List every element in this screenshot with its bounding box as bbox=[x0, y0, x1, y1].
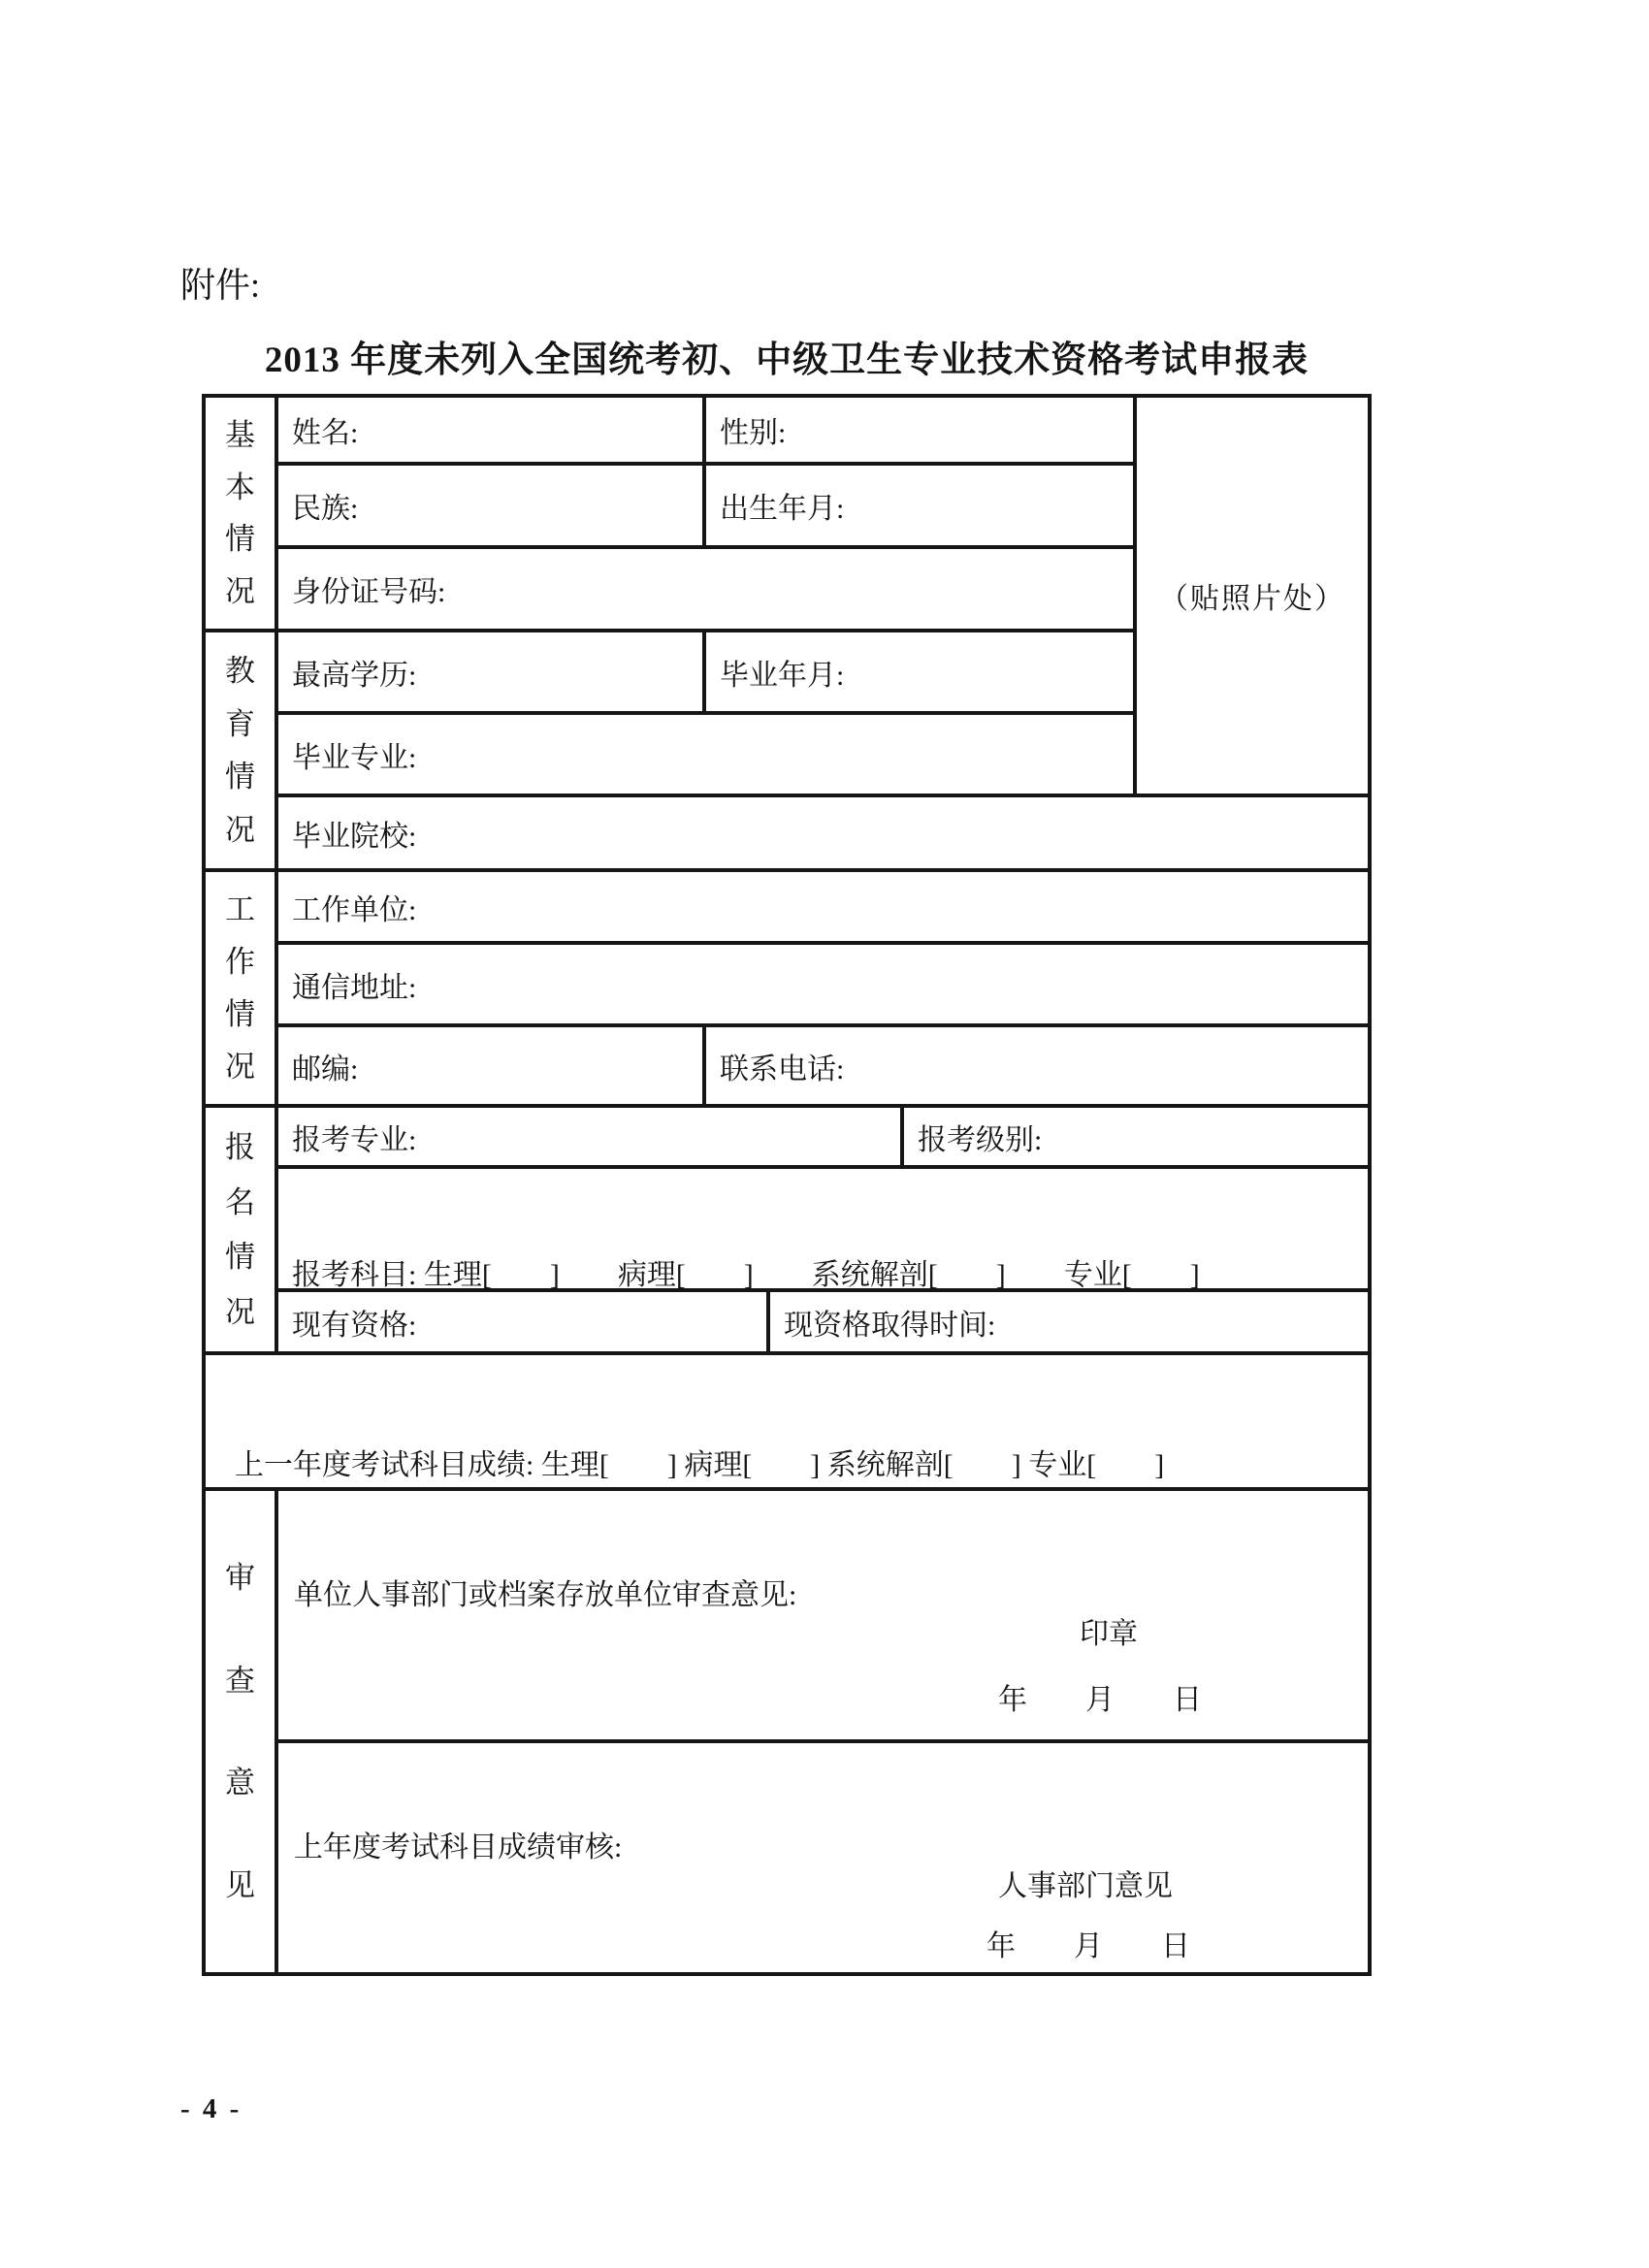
field-label-id-number: 身份证号码: bbox=[276, 547, 1135, 631]
section-header-char: 名 bbox=[225, 1187, 255, 1217]
section-header-basic-info: 基本情况 bbox=[204, 396, 276, 631]
score-review-cell: 上年度考试科目成绩审核: 人事部门意见 年 月 日 bbox=[276, 1741, 1370, 1974]
hr-opinion-label: 人事部门意见 bbox=[998, 1871, 1173, 1902]
section-header-char: 情 bbox=[225, 524, 255, 554]
photo-placeholder: （贴照片处） bbox=[1135, 396, 1370, 795]
section-header-char: 况 bbox=[225, 1297, 255, 1327]
form-title: 2013 年度未列入全国统考初、中级卫生专业技术资格考试申报表 bbox=[204, 330, 1370, 382]
field-label-highest-degree: 最高学历: bbox=[276, 631, 704, 713]
section-header-char: 查 bbox=[225, 1666, 255, 1696]
page-number: - 4 - bbox=[180, 2093, 242, 2125]
field-label-mailing-address: 通信地址: bbox=[276, 943, 1370, 1025]
field-label-employer: 工作单位: bbox=[276, 870, 1370, 943]
section-header-char: 情 bbox=[225, 761, 255, 792]
section-header-char: 况 bbox=[225, 576, 255, 606]
form-table: 基本情况 姓名: 性别: （贴照片处） 民族: 出生年月: 身份证号码: 教育情… bbox=[202, 394, 1372, 1976]
score-review-date-line: 年 月 日 bbox=[986, 1931, 1190, 1962]
field-label-phone: 联系电话: bbox=[704, 1025, 1370, 1106]
section-header-registration: 报名情况 bbox=[204, 1106, 276, 1353]
section-header-char: 况 bbox=[225, 815, 255, 845]
scanned-form-page: { "document": { "attachment_label": "附件:… bbox=[0, 0, 1649, 2268]
exam-subjects-line: 报考科目: 生理[ ] 病理[ ] 系统解剖[ ] 专业[ ] bbox=[292, 1260, 1368, 1290]
field-label-exam-level: 报考级别: bbox=[902, 1106, 1370, 1167]
section-header-char: 意 bbox=[225, 1767, 255, 1798]
section-header-char: 作 bbox=[225, 947, 255, 977]
section-header-char: 况 bbox=[225, 1052, 255, 1082]
section-header-char: 见 bbox=[225, 1870, 255, 1900]
exam-subjects-cell: 报考科目: 生理[ ] 病理[ ] 系统解剖[ ] 专业[ ] 请在报考科目处划… bbox=[276, 1167, 1370, 1290]
previous-scores-cell: 上一年度考试科目成绩: 生理[ ] 病理[ ] 系统解剖[ ] 专业[ ] 请在… bbox=[204, 1353, 1370, 1489]
field-label-qualification-time: 现资格取得时间: bbox=[768, 1290, 1370, 1353]
section-header-char: 育 bbox=[225, 709, 255, 739]
unit-review-date-line: 年 月 日 bbox=[998, 1685, 1202, 1716]
field-label-school: 毕业院校: bbox=[276, 795, 1370, 870]
unit-review-label: 单位人事部门或档案存放单位审查意见: bbox=[294, 1580, 1368, 1611]
score-review-label: 上年度考试科目成绩审核: bbox=[294, 1832, 1368, 1863]
section-header-char: 审 bbox=[225, 1563, 255, 1593]
section-header-char: 教 bbox=[225, 656, 255, 686]
unit-review-cell: 单位人事部门或档案存放单位审查意见: 印章 年 月 日 bbox=[276, 1489, 1370, 1741]
field-label-major: 毕业专业: bbox=[276, 713, 1135, 795]
field-label-current-qualification: 现有资格: bbox=[276, 1290, 768, 1353]
field-label-name: 姓名: bbox=[276, 396, 704, 464]
attachment-label: 附件: bbox=[180, 258, 260, 308]
section-header-char: 工 bbox=[225, 894, 255, 924]
section-header-char: 情 bbox=[225, 999, 255, 1029]
field-label-postal-code: 邮编: bbox=[276, 1025, 704, 1106]
section-header-char: 本 bbox=[225, 472, 255, 502]
section-header-review: 审查意见 bbox=[204, 1489, 276, 1974]
previous-scores-line: 上一年度考试科目成绩: 生理[ ] 病理[ ] 系统解剖[ ] 专业[ ] bbox=[235, 1450, 1368, 1481]
field-label-birth-date: 出生年月: bbox=[704, 464, 1135, 547]
section-header-char: 基 bbox=[225, 420, 255, 450]
section-header-education: 教育情况 bbox=[204, 631, 276, 870]
field-label-ethnicity: 民族: bbox=[276, 464, 704, 547]
section-header-char: 报 bbox=[225, 1132, 255, 1162]
section-header-work: 工作情况 bbox=[204, 870, 276, 1106]
field-label-graduation-date: 毕业年月: bbox=[704, 631, 1135, 713]
section-header-char: 情 bbox=[225, 1242, 255, 1272]
seal-label: 印章 bbox=[1080, 1619, 1138, 1650]
field-label-gender: 性别: bbox=[704, 396, 1135, 464]
field-label-exam-specialty: 报考专业: bbox=[276, 1106, 902, 1167]
